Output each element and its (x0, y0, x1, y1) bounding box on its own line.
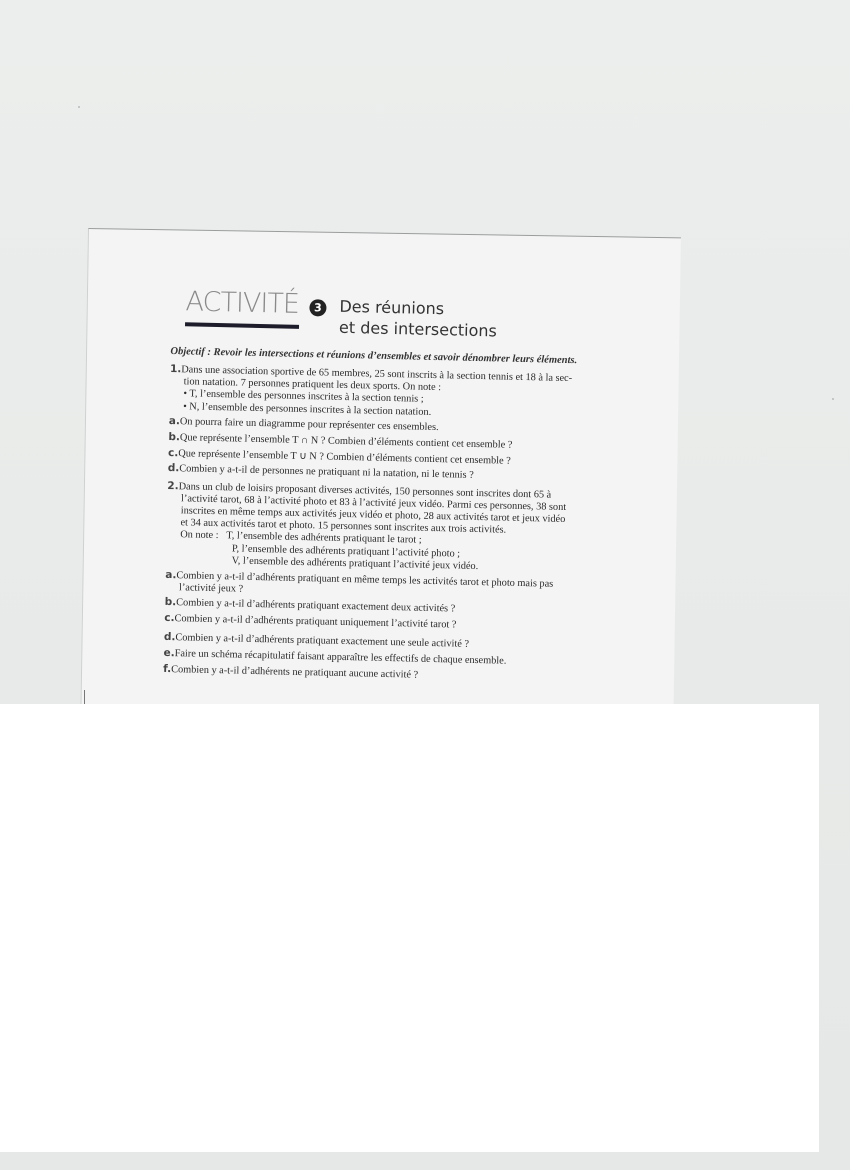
question-label: d. (168, 462, 180, 474)
paper-margin-line (84, 690, 85, 704)
title-line-2: et des intersections (339, 317, 497, 342)
activity-word: ACTIVITÉ (185, 286, 299, 320)
dust-speck (78, 106, 80, 108)
exercise-2: 2.Dans un club de loisirs proposant dive… (163, 480, 607, 686)
exercise-number: 2. (167, 480, 179, 492)
question-label: c. (164, 612, 174, 624)
worksheet-content: ACTIVITÉ 3 Des réunions et des intersect… (163, 282, 612, 686)
question-label: e. (163, 647, 174, 659)
note-label: On note : (180, 530, 219, 542)
question-label: c. (168, 447, 178, 459)
activity-title: Des réunions et des intersections (339, 296, 498, 342)
question-label: a. (169, 415, 180, 427)
question-label: b. (165, 596, 177, 608)
blank-white-area (0, 704, 819, 1152)
dust-speck (832, 398, 834, 400)
question-text: On pourra faire un diagramme pour représ… (180, 417, 439, 434)
exercise-1: 1.Dans une association sportive de 65 me… (168, 363, 610, 486)
activity-number-badge: 3 (309, 299, 326, 316)
activity-header: ACTIVITÉ 3 Des réunions et des intersect… (171, 282, 612, 354)
question-label: d. (164, 631, 176, 643)
exercise-number: 1. (170, 363, 182, 375)
question-label: a. (165, 568, 176, 580)
header-underline (185, 322, 299, 329)
question-text: Combien y a-t-il d’adhérents pratiquant … (174, 613, 456, 630)
question-label: b. (168, 431, 180, 443)
